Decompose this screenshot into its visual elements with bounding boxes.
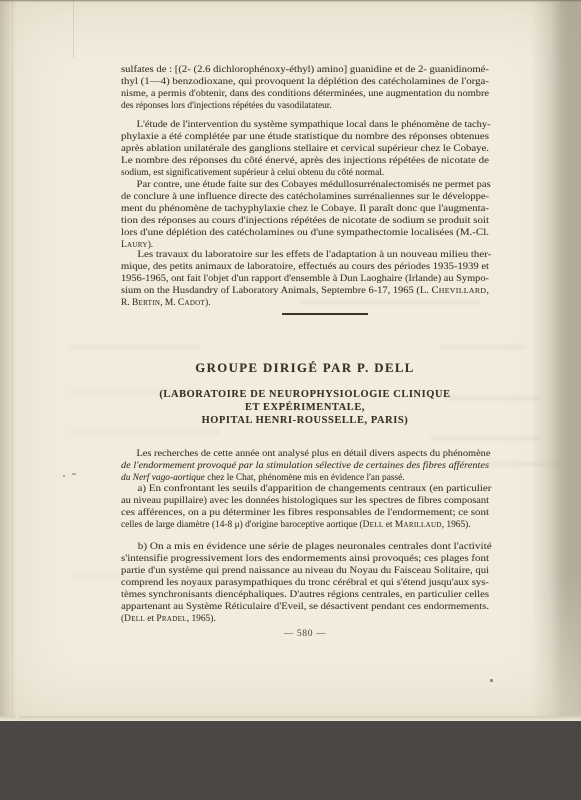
text-segment: b) On a mis en évidence une série de pla… (138, 542, 492, 552)
text-segment: Par contre, une étude faite sur des Coba… (137, 180, 491, 190)
ink-speck (63, 475, 65, 477)
text-segment: sulfates de : [(2- (2.6 dichlorophénoxy-… (121, 65, 489, 75)
ink-speck (490, 679, 493, 682)
section-heading-subtitle-line: ET EXPÉRIMENTALE, (121, 401, 489, 414)
text-segment: appartenant au Système Réticulaire d'Eve… (121, 602, 489, 612)
text-segment: Dell (124, 614, 145, 624)
text-line-content: sodium, est significativement supérieur … (121, 167, 384, 179)
paragraph: sulfates de : [(2- (2.6 dichlorophénoxy-… (121, 64, 489, 112)
text-segment: et (383, 520, 394, 530)
text-line-content: des réponses lors d'injections répétées … (121, 100, 332, 112)
paragraph: Par contre, une étude faite sur des Coba… (121, 179, 489, 251)
text-segment: , M. (160, 298, 178, 308)
text-segment: Bertin (132, 298, 160, 308)
text-line: L'étude de l'intervention du système sym… (121, 119, 532, 131)
text-segment: , 1965). (442, 520, 471, 530)
text-line: partie d'un système qui prend naissance … (121, 565, 540, 577)
text-segment: sium on the Husdandry of Laboratory Anim… (121, 286, 431, 296)
text-line: sodium, est significativement supérieur … (121, 167, 489, 179)
text-line: Les travaux du laboratoire sur les effet… (121, 249, 550, 261)
text-line: tèmes synchronisants diencéphaliques. D'… (121, 589, 542, 601)
text-line: lors d'une déplétion des catécholamines … (121, 227, 550, 239)
text-line: appartenant au Système Réticulaire d'Eve… (121, 601, 539, 613)
text-line: après ablation unilatérale des ganglions… (121, 143, 544, 155)
text-line: de l'endormement provoqué par la stimula… (121, 460, 527, 472)
text-segment: Pradel (156, 614, 186, 624)
text-line-content: comprend les noyaux parasympathiques du … (121, 577, 489, 589)
text-segment: Cadot (178, 298, 205, 308)
section-heading-subtitle: (LABORATOIRE DE NEUROPHYSIOLOGIE CLINIQU… (121, 388, 489, 427)
text-segment: Les travaux du laboratoire sur les effet… (137, 250, 491, 260)
text-segment: de l'endormement provoqué par la stimula… (121, 461, 489, 471)
text-column: GROUPE DIRIGÉ PAR P. DELL (LABORATOIRE D… (121, 0, 489, 721)
text-line-content: appartenant au Système Réticulaire d'Eve… (121, 601, 489, 613)
text-line: sium on the Husdandry of Laboratory Anim… (121, 285, 531, 297)
text-segment: Dell (363, 520, 384, 530)
text-line-content: s'intensifie progressivement lors des en… (121, 553, 489, 565)
text-segment: a) En confrontant les seuils d'apparitio… (137, 484, 491, 494)
text-line: au niveau pupillaire) avec les données h… (121, 495, 529, 507)
page-corner-highlight (16, 700, 19, 721)
text-line-content: 1956-1965, ont fait l'objet d'un rapport… (121, 273, 489, 285)
text-line: Les recherches de cette année ont analys… (121, 448, 528, 460)
text-segment: 1956-1965, ont fait l'objet d'un rapport… (121, 274, 489, 284)
binding-crease (12, 0, 13, 721)
text-line-content: tèmes synchronisants diencéphaliques. D'… (121, 589, 489, 601)
binding-crease (7, 0, 9, 721)
text-line-content: de l'endormement provoqué par la stimula… (121, 460, 489, 472)
text-line-content: b) On a mis en évidence une série de pla… (138, 541, 492, 553)
text-line-content: ces afférences, on a pu déterminer les f… (121, 507, 489, 519)
text-segment: au niveau pupillaire) avec les données h… (121, 496, 489, 506)
paragraph: L'étude de l'intervention du système sym… (121, 119, 489, 179)
section-heading-subtitle-line: HOPITAL HENRI-ROUSSELLE, PARIS) (121, 414, 489, 427)
text-line: 1956-1965, ont fait l'objet d'un rapport… (121, 273, 528, 285)
text-segment: des réponses lors d'injections répétées … (121, 101, 332, 111)
text-segment: ment du phénomène de tachyphylaxie chez … (121, 204, 489, 214)
text-line-content: après ablation unilatérale des ganglions… (121, 143, 489, 155)
text-line-content: celles de large diamètre (14-8 μ) d'orig… (121, 519, 471, 531)
text-line: s'intensifie progressivement lors des en… (121, 553, 550, 565)
text-segment: Marillaud (395, 520, 442, 530)
text-segment: Chevillard (431, 286, 486, 296)
text-segment: L'étude de l'intervention du système sym… (137, 120, 491, 130)
text-segment: comprend les noyaux parasympathiques du … (121, 578, 489, 588)
text-line-content: phylaxie a été complétée par une étude s… (121, 131, 489, 143)
text-segment: R. (121, 298, 132, 308)
text-line-content: tion des réponses au cours d'injections … (121, 215, 489, 227)
section-heading-title: GROUPE DIRIGÉ PAR P. DELL (121, 361, 489, 376)
text-line-content: Les travaux du laboratoire sur les effet… (137, 249, 491, 261)
text-segment: thyl (1—4) benzodioxane, qui provoquent … (121, 77, 489, 87)
text-line-content: de conclure à une influence directe des … (121, 191, 489, 203)
text-line: nisme, a permis d'obtenir, dans des cond… (121, 88, 526, 100)
text-segment: ces afférences, on a pu déterminer les f… (121, 508, 489, 518)
paragraph: a) En confrontant les seuils d'apparitio… (121, 483, 489, 531)
section-heading-subtitle-line: (LABORATOIRE DE NEUROPHYSIOLOGIE CLINIQU… (121, 388, 489, 401)
text-segment: tèmes synchronisants diencéphaliques. D'… (121, 590, 489, 600)
text-segment: phylaxie a été complétée par une étude s… (121, 132, 489, 142)
text-line: celles de large diamètre (14-8 μ) d'orig… (121, 519, 489, 531)
text-segment: lors d'une déplétion des catécholamines … (121, 228, 489, 238)
text-segment: nisme, a permis d'obtenir, dans des cond… (121, 89, 489, 99)
text-line-content: sulfates de : [(2- (2.6 dichlorophénoxy-… (121, 64, 489, 76)
text-line: Par contre, une étude faite sur des Coba… (121, 179, 533, 191)
text-line: b) On a mis en évidence une série de pla… (121, 541, 561, 553)
text-line-content: lors d'une déplétion des catécholamines … (121, 227, 489, 239)
text-line-content: Les recherches de cette année ont analys… (136, 448, 490, 460)
text-line-content: ment du phénomène de tachyphylaxie chez … (121, 203, 489, 215)
text-segment: du Nerf vago-aortique (121, 473, 205, 483)
text-line: a) En confrontant les seuils d'apparitio… (121, 483, 554, 495)
text-segment: , 1965). (187, 614, 216, 624)
text-line: R. Bertin, M. Cadot). (121, 297, 489, 309)
scanned-book-photo: GROUPE DIRIGÉ PAR P. DELL (LABORATOIRE D… (0, 0, 581, 800)
text-line-content: Par contre, une étude faite sur des Coba… (137, 179, 491, 191)
text-segment: chez le Chat, phénomène mis en évidence … (205, 473, 405, 483)
text-line: (Dell et Pradel, 1965). (121, 613, 489, 625)
text-segment: s'intensifie progressivement lors des en… (121, 554, 489, 564)
text-line-content: a) En confrontant les seuils d'apparitio… (137, 483, 491, 495)
text-segment: , (486, 286, 489, 296)
text-line: des réponses lors d'injections répétées … (121, 100, 489, 112)
text-segment: mique, des petits animaux de laboratoire… (121, 262, 489, 272)
paper-fold-crease (73, 0, 74, 58)
text-segment: de conclure à une influence directe des … (121, 192, 489, 202)
text-segment: Les recherches de cette année ont analys… (136, 449, 490, 459)
text-line: mique, des petits animaux de laboratoire… (121, 261, 537, 273)
text-line: ment du phénomène de tachyphylaxie chez … (121, 203, 546, 215)
text-segment: après ablation unilatérale des ganglions… (121, 144, 489, 154)
text-line: Le nombre des réponses du côté énervé, a… (121, 155, 553, 167)
binding-crease (2, 0, 3, 721)
text-segment: celles de large diamètre (14-8 μ) d'orig… (121, 520, 363, 530)
text-segment: tion des réponses au cours d'injections … (121, 216, 489, 226)
text-segment: ). (205, 298, 210, 308)
paragraph: b) On a mis en évidence une série de pla… (121, 541, 489, 625)
scanned-page: GROUPE DIRIGÉ PAR P. DELL (LABORATOIRE D… (0, 0, 581, 721)
text-line-content: partie d'un système qui prend naissance … (121, 565, 489, 577)
page-number: — 580 — (121, 628, 489, 639)
text-line-content: sium on the Husdandry of Laboratory Anim… (121, 285, 489, 297)
section-divider-rule (282, 313, 368, 315)
ink-speck (72, 473, 76, 475)
text-segment: Le nombre des réponses du côté énervé, a… (121, 156, 489, 166)
text-line: thyl (1—4) benzodioxane, qui provoquent … (121, 76, 548, 88)
text-line: de conclure à une influence directe des … (121, 191, 532, 203)
text-line-content: nisme, a permis d'obtenir, dans des cond… (121, 88, 489, 100)
text-line-content: R. Bertin, M. Cadot). (121, 297, 211, 309)
text-segment: et (145, 614, 156, 624)
text-line: comprend les noyaux parasympathiques du … (121, 577, 540, 589)
text-line: sulfates de : [(2- (2.6 dichlorophénoxy-… (121, 64, 541, 76)
text-line-content: Le nombre des réponses du côté énervé, a… (121, 155, 489, 167)
text-line-content: L'étude de l'intervention du système sym… (137, 119, 491, 131)
text-segment: partie d'un système qui prend naissance … (121, 566, 489, 576)
text-line-content: (Dell et Pradel, 1965). (121, 613, 216, 625)
text-line-content: mique, des petits animaux de laboratoire… (121, 261, 489, 273)
text-line-content: thyl (1—4) benzodioxane, qui provoquent … (121, 76, 489, 88)
text-line: tion des réponses au cours d'injections … (121, 215, 549, 227)
paragraph: Les travaux du laboratoire sur les effet… (121, 249, 489, 309)
text-line: ces afférences, on a pu déterminer les f… (121, 507, 551, 519)
text-segment: sodium, est significativement supérieur … (121, 168, 384, 178)
text-line: phylaxie a été complétée par une étude s… (121, 131, 552, 143)
text-line-content: au niveau pupillaire) avec les données h… (121, 495, 489, 507)
paragraph: Les recherches de cette année ont analys… (121, 448, 489, 484)
scanner-background (0, 721, 581, 800)
